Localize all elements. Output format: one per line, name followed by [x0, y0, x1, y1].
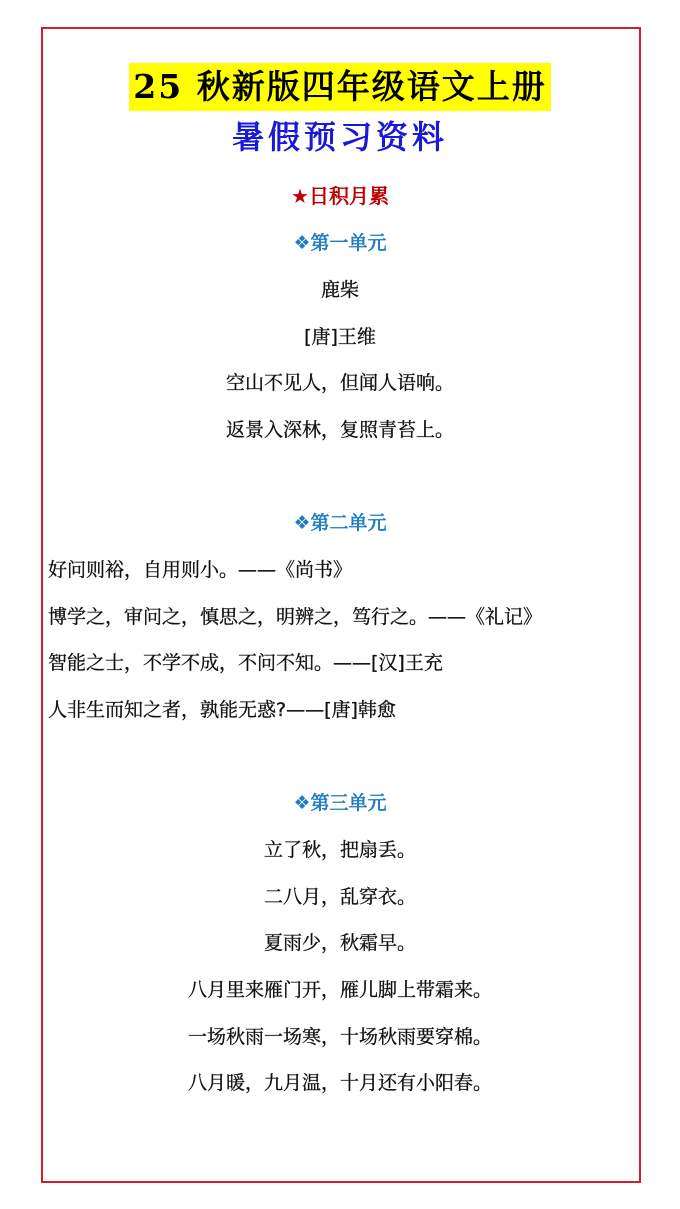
- unit-heading-label: 第三单元: [311, 792, 387, 814]
- proverb-line: 八月里来雁门开，雁儿脚上带霜来。: [0, 976, 680, 1004]
- diamond-cluster-icon: ❖: [293, 232, 310, 254]
- poem-line: 空山不见人，但闻人语响。: [0, 369, 680, 397]
- section-heading: ★日积月累: [0, 182, 680, 210]
- unit-heading-2: ❖第二单元: [0, 509, 680, 537]
- document-title: 25 秋新版四年级语文上册: [129, 63, 550, 111]
- title-block: 25 秋新版四年级语文上册: [0, 63, 680, 111]
- poem-title: 鹿柴: [0, 276, 680, 304]
- diamond-cluster-icon: ❖: [293, 512, 310, 534]
- document-subtitle: 暑假预习资料: [0, 113, 680, 161]
- diamond-cluster-icon: ❖: [293, 792, 310, 814]
- proverb-line: 八月暖，九月温，十月还有小阳春。: [0, 1069, 680, 1097]
- unit-heading-label: 第二单元: [311, 512, 387, 534]
- quote-line: 博学之，审问之，慎思之，明辨之，笃行之。——《礼记》: [48, 603, 648, 631]
- poem-author: [唐]王维: [0, 323, 680, 351]
- proverb-line: 二八月，乱穿衣。: [0, 883, 680, 911]
- quote-line: 人非生而知之者，孰能无惑?——[唐]韩愈: [48, 696, 648, 724]
- poem-line: 返景入深林，复照青苔上。: [0, 416, 680, 444]
- unit-heading-label: 第一单元: [311, 232, 387, 254]
- proverb-line: 立了秋，把扇丢。: [0, 836, 680, 864]
- unit-heading-1: ❖第一单元: [0, 229, 680, 257]
- section-heading-label: 日积月累: [309, 184, 389, 208]
- quote-line: 智能之士，不学不成，不问不知。——[汉]王充: [48, 649, 648, 677]
- proverb-line: 夏雨少，秋霜早。: [0, 929, 680, 957]
- quote-line: 好问则裕，自用则小。——《尚书》: [48, 556, 648, 584]
- proverb-line: 一场秋雨一场寒，十场秋雨要穿棉。: [0, 1023, 680, 1051]
- unit-heading-3: ❖第三单元: [0, 789, 680, 817]
- star-icon: ★: [291, 184, 309, 208]
